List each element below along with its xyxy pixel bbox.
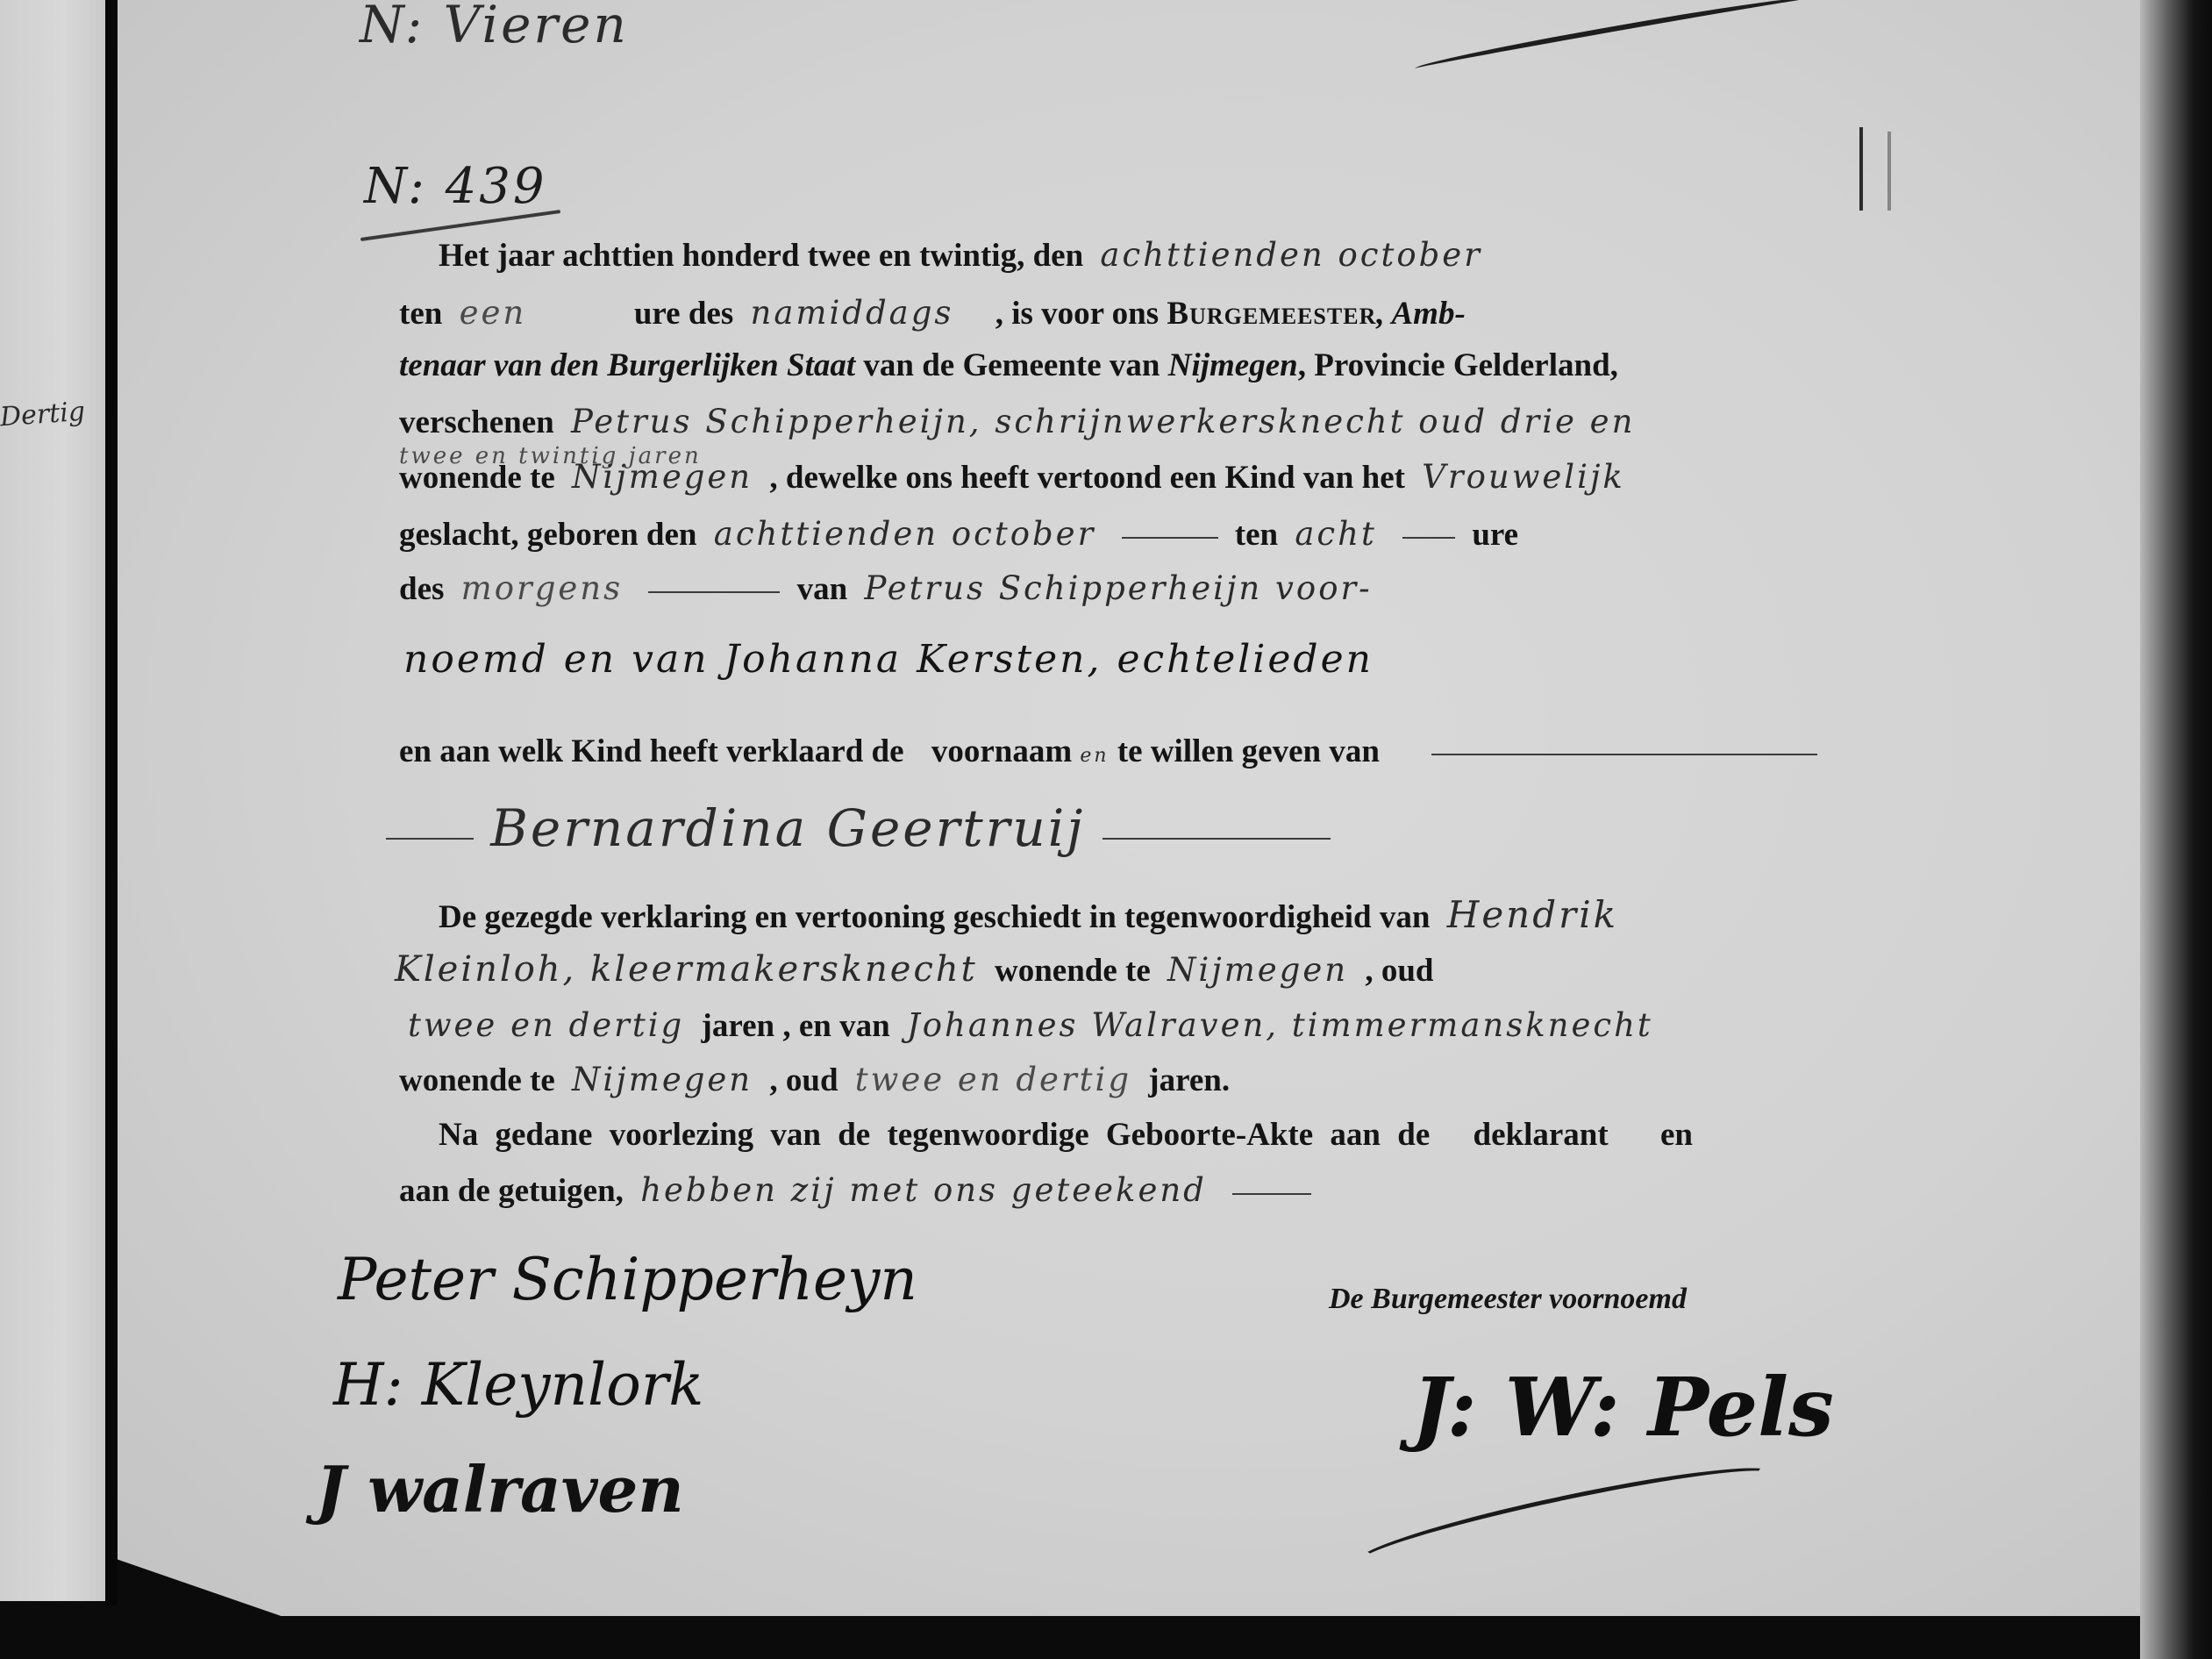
- signature-witness-1: H: Kleynlork: [333, 1351, 703, 1419]
- form-line-6: geslacht, geboren den achttienden octobe…: [399, 518, 1518, 551]
- printed-text: wonende te: [399, 1062, 555, 1098]
- filler-dash: [1122, 537, 1218, 539]
- fill-hour: een: [460, 297, 617, 329]
- printed-text: , Provincie Gelderland,: [1298, 347, 1618, 383]
- printed-text: , oud: [769, 1062, 838, 1098]
- fill-closing: hebben zij met ons geteekend: [640, 1174, 1207, 1206]
- header-note: N: Vieren: [360, 0, 629, 54]
- printed-text: van: [797, 571, 848, 607]
- filler-dash: [1431, 754, 1817, 755]
- filler-dash: [1232, 1193, 1311, 1195]
- margin-annotation: Dertig: [0, 397, 86, 433]
- form-line-7: des morgens van Petrus Schipperheijn voo…: [399, 572, 1381, 605]
- fill-birth-daypart: morgens: [461, 572, 623, 604]
- printed-text: ten: [1235, 517, 1278, 553]
- fill-parents: noemd en van Johanna Kersten, echteliede…: [403, 640, 1374, 679]
- printed-text: des: [399, 571, 444, 607]
- signature-mayor: J: W: Pels: [1412, 1360, 1834, 1455]
- fill-witness2-residence: Nijmegen: [572, 1063, 753, 1096]
- printed-text: Het jaar achttien honderd twee en twinti…: [439, 238, 1083, 274]
- printed-text: geslacht, geboren den: [399, 517, 697, 553]
- act-number: N: 439: [364, 158, 547, 215]
- printed-text: tenaar van den Burgerlijken Staat: [399, 347, 855, 383]
- form-line-1: Het jaar achttien honderd twee en twinti…: [439, 239, 1491, 272]
- fill-birth-date: achttienden october: [714, 518, 1096, 550]
- form-line-13: twee en dertig jaren , en van Johannes W…: [399, 1009, 1662, 1042]
- printed-city: Nijmegen: [1168, 347, 1298, 383]
- printed-text: voornaam: [931, 733, 1072, 769]
- printed-text: jaren , en van: [702, 1008, 890, 1044]
- form-line-3: tenaar van den Burgerlijken Staat van de…: [399, 349, 1618, 382]
- form-line-4: verschenen Petrus Schipperheijn, schrijn…: [399, 405, 1644, 439]
- printed-text: en aan welk Kind heeft verklaard de: [399, 733, 904, 769]
- form-line-15: Na gedane voorlezing van de tegenwoordig…: [439, 1119, 1693, 1151]
- margin-tick: [1859, 127, 1863, 211]
- fill-father: Petrus Schipperheijn voor-: [864, 572, 1372, 604]
- printed-text: verschenen: [399, 404, 554, 440]
- filler-dash: [648, 591, 780, 593]
- printed-text: , Amb-: [1376, 296, 1465, 332]
- filler-dash: [386, 838, 474, 840]
- printed-text: wonende te: [995, 953, 1151, 989]
- form-line-14: wonende te Nijmegen , oud twee en dertig…: [399, 1063, 1230, 1097]
- printed-text: , is voor ons: [995, 296, 1159, 332]
- form-line-16: aan de getuigen, hebben zij met ons gete…: [399, 1174, 1320, 1207]
- form-line-5: wonende te Nijmegen , dewelke ons heeft …: [399, 461, 1634, 494]
- fill-child-name: Bernardina Geertruij: [490, 798, 1085, 858]
- printed-burgemeester: Burgemeester: [1167, 296, 1376, 332]
- mayor-label: De Burgemeester voornoemd: [1329, 1283, 1687, 1316]
- signature-witness-2: J walraven: [316, 1452, 684, 1527]
- fill-birth-hour: acht: [1295, 518, 1376, 550]
- fill-witness1: Kleinloh, kleermakersknecht: [395, 952, 978, 987]
- fill-witness2: Johannes Walraven, timmermansknecht: [907, 1009, 1653, 1041]
- printed-text: jaren.: [1148, 1062, 1230, 1098]
- printed-text: , dewelke ons heeft vertoond een Kind va…: [769, 460, 1405, 496]
- signature-declarant: Peter Schipperheyn: [338, 1246, 917, 1313]
- printed-text: en: [1660, 1117, 1693, 1153]
- fill-witness2-age: twee en dertig: [855, 1063, 1131, 1096]
- form-line-9: en aan welk Kind heeft verklaard de voor…: [399, 735, 1826, 768]
- printed-text: Na gedane voorlezing van de tegenwoordig…: [439, 1117, 1430, 1153]
- fill-en: en: [1080, 745, 1109, 767]
- form-line-2: ten een ure des namiddags , is voor ons …: [399, 297, 1466, 330]
- fill-declarant: Petrus Schipperheijn, schrijnwerkersknec…: [571, 405, 1635, 438]
- printed-text: wonende te: [399, 460, 555, 496]
- printed-text: , oud: [1365, 953, 1433, 989]
- fill-witness1-first-name: Hendrik: [1447, 897, 1618, 933]
- margin-tick: [1887, 132, 1891, 211]
- printed-text: te willen geven van: [1117, 733, 1380, 769]
- fill-child-sex: Vrouwelijk: [1422, 461, 1625, 493]
- printed-text: aan de getuigen,: [399, 1173, 624, 1209]
- form-line-11: De gezegde verklaring en vertooning gesc…: [439, 897, 1627, 933]
- printed-text: De gezegde verklaring en vertooning gesc…: [439, 899, 1430, 935]
- fill-daypart: namiddags: [750, 297, 978, 329]
- facing-page-edge: Dertig: [0, 0, 107, 1601]
- fill-residence: Nijmegen: [572, 461, 753, 493]
- printed-text: deklarant: [1473, 1117, 1609, 1153]
- fill-witness1-residence: Nijmegen: [1167, 954, 1348, 986]
- page-right-edge-shadow: [2140, 0, 2212, 1659]
- printed-text: ure des: [634, 296, 733, 332]
- fill-witness1-age: twee en dertig: [408, 1009, 684, 1041]
- form-line-12: Kleinloh, kleermakersknecht wonende te N…: [386, 952, 1434, 987]
- form-line-10: Bernardina Geertruij: [377, 803, 1339, 854]
- binding-gutter: [105, 0, 118, 1605]
- fill-registration-date: achttienden october: [1100, 239, 1482, 271]
- printed-text: ten: [399, 296, 442, 332]
- printed-text: van de Gemeente van: [863, 347, 1160, 383]
- filler-dash: [1102, 838, 1331, 840]
- filler-dash: [1402, 537, 1455, 539]
- printed-text: ure: [1472, 517, 1518, 553]
